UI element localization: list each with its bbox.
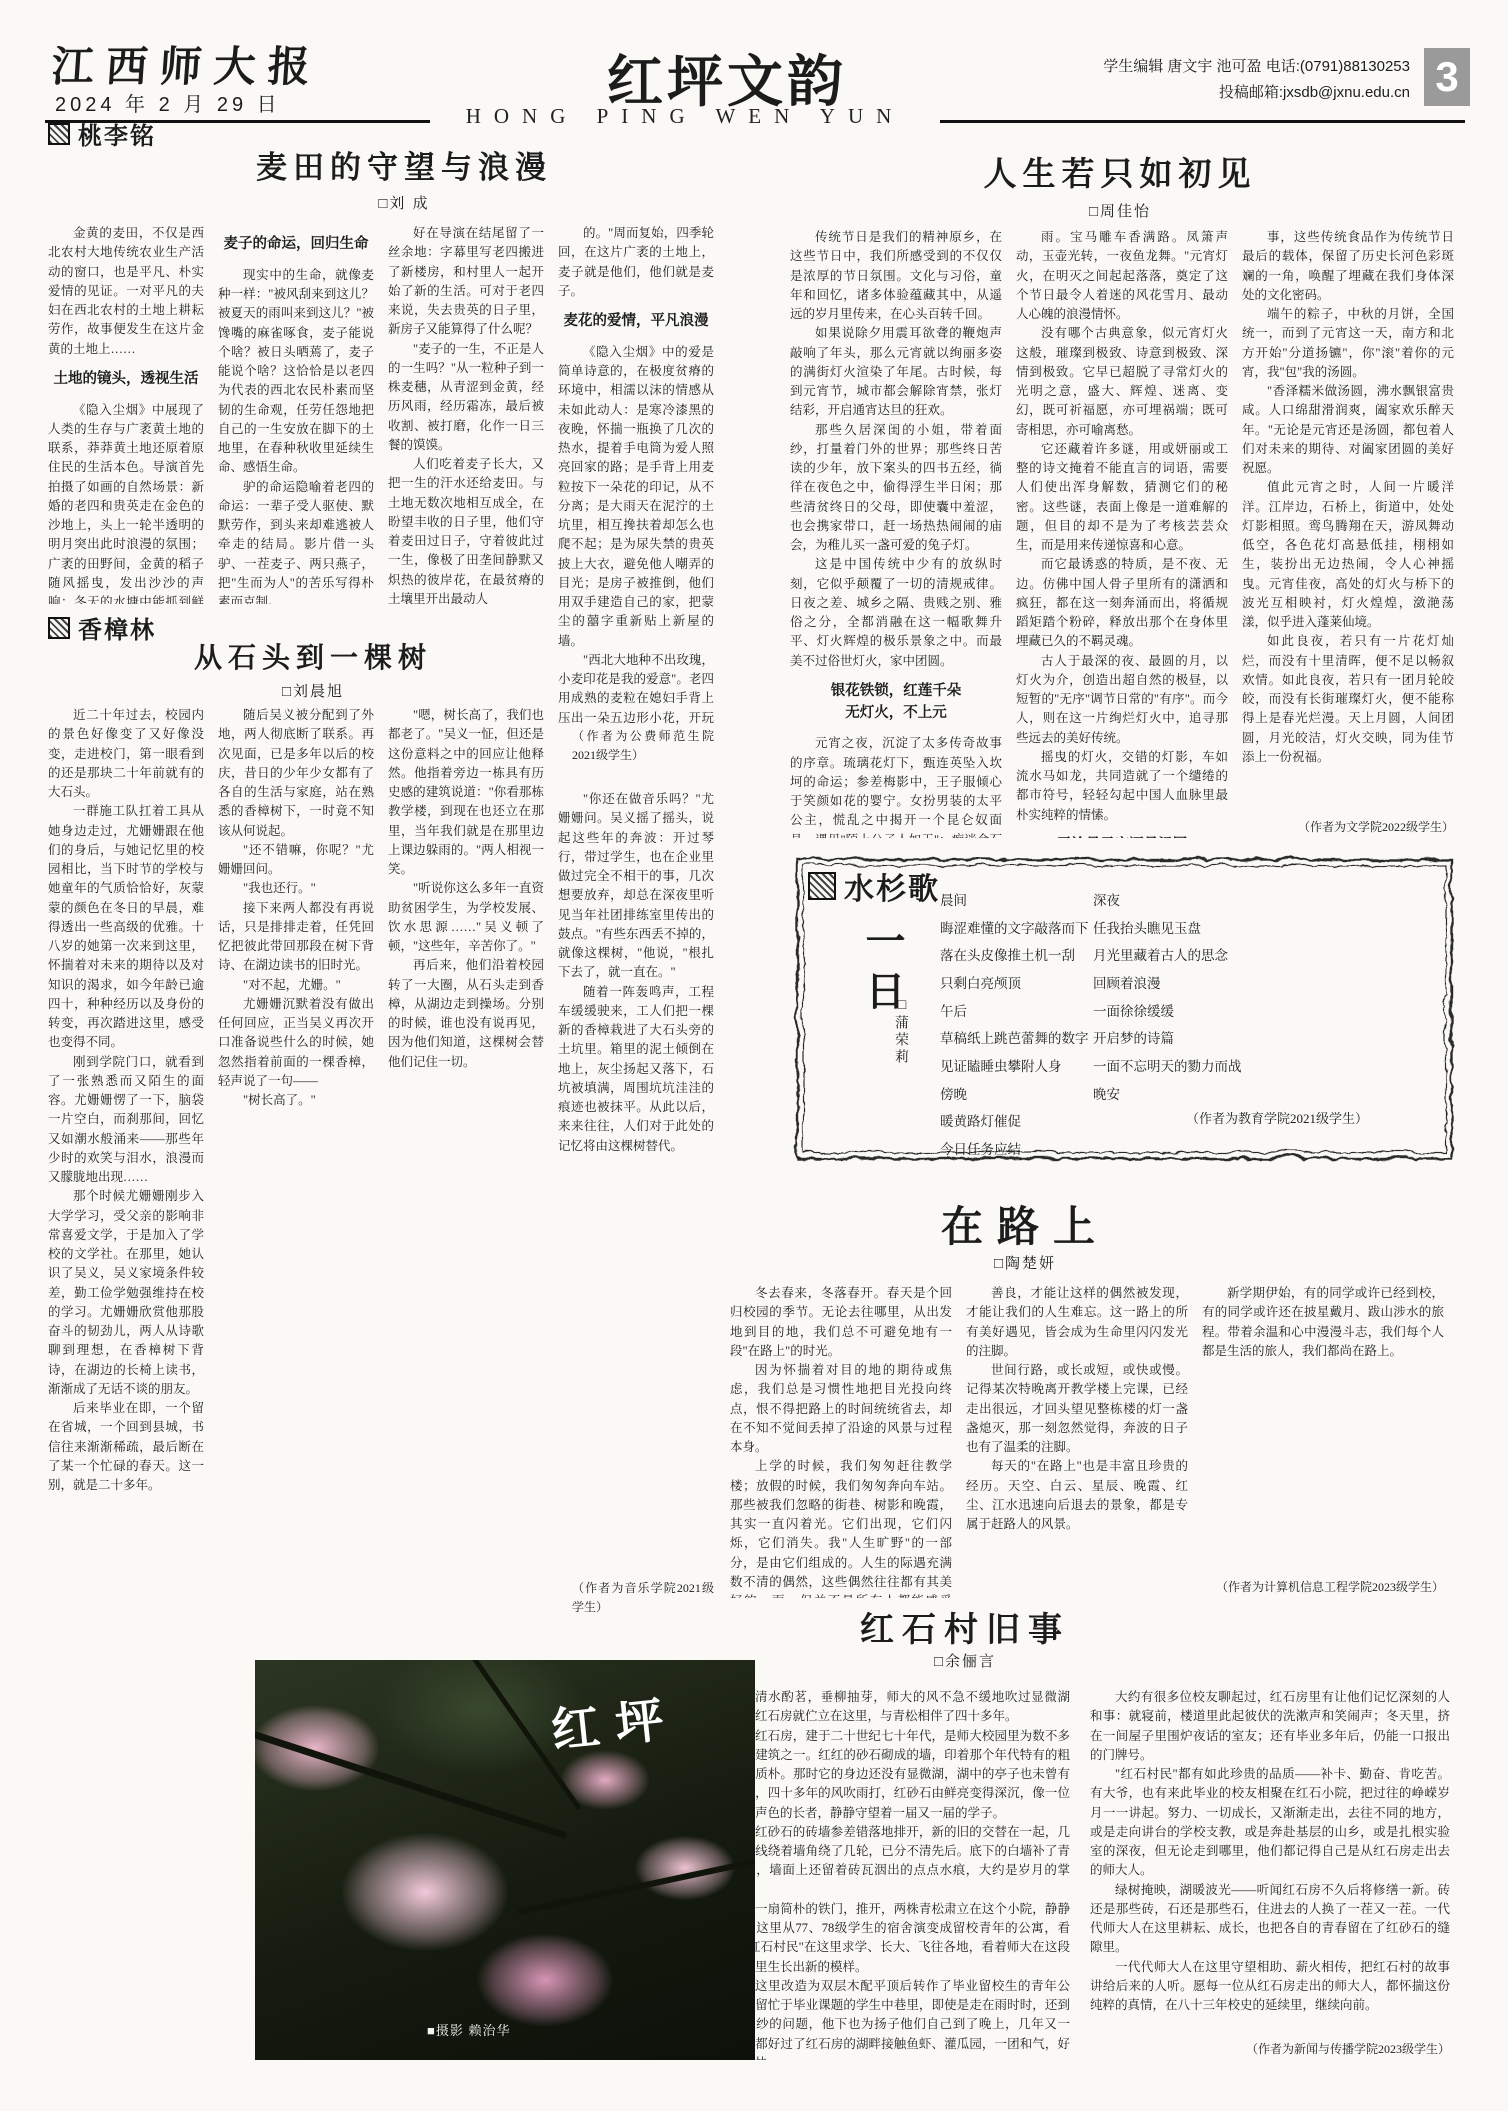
- column-subhead: 再后来，他们沿着校园转了一大圈，从石头走到香樟，从湖边走到操场。分别的时候，谁也…: [388, 956, 544, 1072]
- section-logo-pinyin: HONG PING WEN YUN: [430, 104, 940, 129]
- column-subhead: 《隐入尘烟》中展现了人类的生存与广袤黄土地的联系，莽莽黄土地还原着原住民的生活本…: [48, 401, 204, 605]
- author-byline: （作者为计算机信息工程学院2023级学生）: [1202, 1578, 1444, 1596]
- column-subhead: 月光里藏着古人的思念: [1093, 943, 1343, 971]
- paper-name: 江西师大报: [50, 34, 324, 94]
- column-subhead: 事，这些传统食品作为传统节日最后的载体，保留了历史长河色彩斑斓的一角，唤醒了埋藏…: [1242, 228, 1454, 305]
- column-subhead: 近二十年过去，校园内的景色好像变了又好像没变，走进校门，第一眼看到的还是那块二十…: [48, 706, 204, 802]
- column-subhead: 麦花的爱情，平凡浪漫: [558, 311, 714, 333]
- column-subhead: 无论是元宵还是汤圆 总都寓意团团圆圆: [1016, 835, 1228, 838]
- article-column: 善良，才能让这样的偶然被发现，才能让我们的人生难忘。这一路上的所有美好遇见，皆会…: [966, 1284, 1188, 1598]
- column-subhead: 端午的粽子，中秋的月饼，全国统一，而到了元宵这一天，南方和北方开始"分道扬镳"，…: [1242, 305, 1454, 382]
- column-subhead: 每天的"在路上"也是丰富且珍贵的经历。天空、白云、星辰、晚霞、红尘、江水迅速向后…: [966, 1457, 1188, 1534]
- article-column: 随后吴义被分配到了外地，两人彻底断了联系。再次见面，已是多年以后的校庆，昔日的少…: [218, 706, 374, 1646]
- poem-column-right: 深夜任我抬头瞧见玉盘月光里藏着古人的思念回顾着浪漫一面徐徐缓缓开启梦的诗篇一面不…: [1093, 888, 1343, 1109]
- column-subhead: 随着一阵轰鸣声，工程车缓缓驶来，工人们把一棵新的香樟栽进了大石头旁的土坑里。箱里…: [558, 983, 714, 1156]
- column-subhead: "嗯，树长高了，我们也都老了。"吴义一怔，但还是这份意料之中的回应让他释然。他指…: [388, 706, 544, 879]
- column-subhead: 红砂石的砖墙参差错落地排开，新的旧的交替在一起，几圈电线绕着墙角绕了几轮，已分不…: [730, 1823, 1070, 1900]
- column-subhead: 今日任务应结: [940, 1137, 1120, 1165]
- column-subhead: 的。"周而复始，四季轮回，在这片广袤的土地上，麦子就是他们，他们就是麦子。: [558, 224, 714, 301]
- photo-calligraphy: 红坪: [548, 1679, 683, 1761]
- article-column: 大约有很多位校友聊起过，红石房里有让他们记忆深刻的人和事：就寝前，楼道里此起彼伏…: [1090, 1688, 1450, 2060]
- column-subhead: 深夜: [1093, 888, 1343, 916]
- author-byline: （作者为音乐学院2021级学生）: [558, 1579, 714, 1616]
- column-subhead: 一扇简朴的铁门，推开，两株青松肃立在这个小院，静静看着这里从77、78级学生的宿…: [730, 1900, 1070, 1977]
- column-subhead: "你还在做音乐吗？"尤姗姗问。吴义摇了摇头，说起这些年的奔波：开过琴行，带过学生…: [558, 790, 714, 983]
- column-subhead: 金黄的麦田，不仅是西北农村大地传统农业生产活动的窗口，也是平凡、朴实爱情的见证。…: [48, 224, 204, 359]
- section-marker-shuishange: 水杉歌: [808, 864, 940, 908]
- article-author-congshitou: □刘晨旭: [48, 680, 578, 701]
- column-subhead: "麦子的一生，不正是人的一生吗？"从一粒种子到一株麦穗，从青涩到金黄，经历风雨，…: [388, 340, 544, 456]
- column-subhead: 土地的镜头，透视生活: [48, 369, 204, 391]
- paper-date: 2024 年 2 月 29 日: [55, 88, 281, 117]
- column-subhead: 那个时候尤姗姗刚步入大学学习，受父亲的影响非常喜爱文学，于是加入了学校的文学社。…: [48, 1187, 204, 1399]
- column-subhead: 接下来两人都没有再说话，只是排排走着，任凭回忆把彼此带回那段在树下背诗、在湖边读…: [218, 899, 374, 976]
- column-subhead: 晚安: [1093, 1082, 1343, 1110]
- article-column: 金黄的麦田，不仅是西北农村大地传统农业生产活动的窗口，也是平凡、朴实爱情的见证。…: [48, 224, 204, 604]
- article-column: 事，这些传统食品作为传统节日最后的载体，保留了历史长河色彩斑斓的一角，唤醒了埋藏…: [1242, 228, 1454, 838]
- column-subhead: "树长高了。": [218, 1091, 374, 1110]
- column-subhead: 现实中的生命，就像麦种一样："被风刮来到这儿？被夏天的雨叫来到这儿？"被馋嘴的麻…: [218, 266, 374, 478]
- article-author-hongshicun: □余俪言: [825, 1650, 1105, 1671]
- article-column: 传统节日是我们的精神原乡，在这些节日中，我们所感受到的不仅仅是浓厚的节日氛围。文…: [790, 228, 1002, 838]
- column-subhead: 元宵之夜，沉淀了太多传奇故事的序章。琉璃花灯下，甄连英坠入坎坷的命运；参差梅影中…: [790, 734, 1002, 838]
- column-subhead: 这是中国传统中少有的放纵时刻，它似乎颠覆了一切的清规戒律。日夜之差、城乡之隔、贵…: [790, 555, 1002, 671]
- column-subhead: 值此元宵之时，人间一片暖洋洋。江岸边，石桥上，街道中，处处灯影相照。鸾鸟腾翔在天…: [1242, 478, 1454, 632]
- column-subhead: 一面徐徐缓缓: [1093, 999, 1343, 1027]
- article-column: "嗯，树长高了，我们也都老了。"吴义一怔，但还是这份意料之中的回应让他释然。他指…: [388, 706, 544, 1646]
- article-column: 近二十年过去，校园内的景色好像变了又好像没变，走进校门，第一眼看到的还是那块二十…: [48, 706, 204, 2050]
- column-subhead: 上学的时候，我们匆匆赶往教学楼；放假的时候，我们匆匆奔向车站。那些被我们忽略的街…: [730, 1457, 952, 1598]
- column-subhead: "还不错嘛，你呢？"尤姗姗回问。: [218, 841, 374, 880]
- column-subhead: 新学期伊始，有的同学或许已经到校，有的同学或许还在披星戴月、跋山涉水的旅程。带着…: [1202, 1284, 1444, 1361]
- column-subhead: 绿树掩映，湖暖波光——听闻红石房不久后将修缮一新。砖还是那些砖，石还是那些石，住…: [1090, 1881, 1450, 1958]
- column-subhead: 开启梦的诗篇: [1093, 1026, 1343, 1054]
- column-subhead: 而它最诱惑的特质，是不夜、无边。仿佛中国人骨子里所有的潇洒和疯狂，都在这一刻奔涌…: [1016, 555, 1228, 651]
- editor-line: 学生编辑 唐文宇 池可盈 电话:(0791)88130253: [1020, 54, 1410, 80]
- column-subhead: 因为怀揣着对目的地的期待或焦虑，我们总是习惯性地把目光投向终点，恨不得把路上的时…: [730, 1361, 952, 1457]
- column-subhead: 回顾着浪漫: [1093, 971, 1343, 999]
- column-subhead: 如果说除夕用震耳欲聋的鞭炮声敲响了年头，那么元宵就以绚丽多姿的满街灯火渲染了年尾…: [790, 324, 1002, 420]
- column-subhead: 雨。宝马雕车香满路。凤箫声动，玉壶光转，一夜鱼龙舞。"元宵灯火，在明灭之间起起落…: [1016, 228, 1228, 324]
- column-subhead: 古人于最深的夜、最圆的月，以灯火为介，创造出超自然的极昼，以短暂的"无序"调节日…: [1016, 652, 1228, 748]
- poem-byline: （作者为教育学院2021级学生）: [1068, 1108, 1368, 1127]
- article-column: "你还在做音乐吗？"尤姗姗问。吴义摇了摇头，说起这些年的奔波：开过琴行，带过学生…: [558, 790, 714, 1618]
- article-column: 的。"周而复始，四季轮回，在这片广袤的土地上，麦子就是他们，他们就是麦子。麦花的…: [558, 224, 714, 766]
- article-title-rensheng: 人生若只如初见: [790, 148, 1450, 195]
- column-subhead: 一面不忘明天的勠力而战: [1093, 1054, 1343, 1082]
- column-subhead: 世间行路，或长或短，或快或慢。记得某次特晚离开教学楼上完课，已经走出很远，才回头…: [966, 1361, 1188, 1457]
- column-subhead: 银花铁锁，红莲千朵 无灯火，不上元: [790, 681, 1002, 725]
- section-label: 水杉歌: [844, 864, 940, 908]
- branch-shape: [255, 1728, 568, 1840]
- column-subhead: 摇曳的灯火，交错的灯影，车如流水马如龙，共同造就了一个缱绻的都市符号，轻轻勾起中…: [1016, 748, 1228, 825]
- column-subhead: 驴的命运隐喻着老四的命运：一辈子受人驱使、默默劳作，到头来却难逃被人牵走的结局。…: [218, 478, 374, 605]
- header-rule-right: [940, 120, 1465, 123]
- branch-shape: [517, 1851, 755, 1915]
- column-subhead: 尤姗姗沉默着没有做出任何回应，正当吴义再次开口准备说些什么的时候，她忽然指着前面…: [218, 995, 374, 1091]
- column-subhead: 如此良夜，若只有一片花灯灿烂，而没有十里清晖，便不足以畅叙欢情。如此良夜，若只有…: [1242, 632, 1454, 767]
- column-subhead: 一代代师大人在这里守望相助、薪火相传，把红石村的故事讲给后来的人听。愿每一位从红…: [1090, 1958, 1450, 2016]
- column-subhead: 传统节日是我们的精神原乡，在这些节日中，我们所感受到的不仅仅是浓厚的节日氛围。文…: [790, 228, 1002, 324]
- column-subhead: 大约有很多位校友聊起过，红石房里有让他们记忆深刻的人和事：就寝前，楼道里此起彼伏…: [1090, 1688, 1450, 1765]
- author-byline: （作者为文学院2022级学生）: [1284, 818, 1454, 836]
- column-subhead: "香泽糯米做汤圆，沸水飘银富贵咸。人口绵甜滑润爽，阖家欢乐醉天年。"无论是元宵还…: [1242, 382, 1454, 478]
- page-number-badge: 3: [1424, 48, 1470, 106]
- column-subhead: 红石房，建于二十世纪七十年代，是师大校园里为数不多的老建筑之一。红红的砂石砌成的…: [730, 1727, 1070, 1823]
- campus-blossom-photo: 红坪 ■摄影 赖治华: [255, 1660, 755, 2060]
- column-subhead: 清水酌茗，垂柳抽芽，师大的风不急不缓地吹过显微湖畔，红石房就伫立在这里，与青松相…: [730, 1688, 1070, 1727]
- author-byline: （作者为新闻与传播学院2023级学生）: [1232, 2040, 1450, 2058]
- article-author-zailushang: □陶楚妍: [900, 1252, 1150, 1273]
- article-column: 雨。宝马雕车香满路。凤箫声动，玉壶光转，一夜鱼龙舞。"元宵灯火，在明灭之间起起落…: [1016, 228, 1228, 838]
- article-title-zailushang: 在路上: [900, 1194, 1150, 1254]
- column-subhead: "听说你这么多年一直资助贫困学生，为学校发展、饮水思源……"吴义顿了顿，"这些年…: [388, 879, 544, 956]
- article-author-maitian: □刘 成: [48, 192, 760, 213]
- article-column: 好在导演在结尾留了一丝余地：字幕里写老四搬进了新楼房，和村里人一起开始了新的生活…: [388, 224, 544, 604]
- column-subhead: 一群施工队扛着工具从她身边走过，尤姗姗跟在他们的身后，与她记忆里的校园相比，当下…: [48, 802, 204, 1052]
- editor-info: 学生编辑 唐文宇 池可盈 电话:(0791)88130253 投稿邮箱:jxsd…: [1020, 54, 1410, 105]
- poem-box-shuishange: 水杉歌 一日 □蒲荣莉 晨间晦涩难懂的文字敲落而下落在头皮像推土机一刮只剩白亮颅…: [788, 850, 1458, 1165]
- article-title-maitian: 麦田的守望与浪漫: [48, 142, 760, 187]
- column-subhead: 麦子的命运，回归生命: [218, 234, 374, 256]
- poem-author: □蒲荣莉: [892, 996, 912, 1066]
- shuishange-section-icon: [808, 872, 836, 900]
- article-column: 清水酌茗，垂柳抽芽，师大的风不急不缓地吹过显微湖畔，红石房就伫立在这里，与青松相…: [730, 1688, 1070, 2060]
- column-subhead: "红石村民"都有如此珍贵的品质——补卡、勤奋、肯吃苦。有大爷，也有来此毕业的校友…: [1090, 1765, 1450, 1881]
- column-subhead: "对不起，尤姗。": [218, 976, 374, 995]
- photo-credit: ■摄影 赖治华: [427, 2020, 510, 2039]
- column-subhead: 没有哪个古典意象，似元宵灯火这般，璀璨到极致、诗意到极致、深情到极致。它早已超脱…: [1016, 324, 1228, 440]
- column-subhead: "我也还行。": [218, 879, 374, 898]
- author-byline: （作者为公费师范生院2021级学生）: [558, 727, 714, 764]
- column-subhead: 任我抬头瞧见玉盘: [1093, 916, 1343, 944]
- column-subhead: 刚到学院门口，就看到了一张熟悉而又陌生的面容。尤姗姗愣了一下，脑袋一片空白，而刹…: [48, 1053, 204, 1188]
- email-line: 投稿邮箱:jxsdb@jxnu.edu.cn: [1020, 80, 1410, 106]
- column-subhead: 它还藏着许多谜，用或妍丽或工整的诗文掩着不能直言的词语，需要人们使出浑身解数，猜…: [1016, 440, 1228, 556]
- column-subhead: 冬去春来，冬落春开。春天是个回归校园的季节。无论去往哪里，从出发地到目的地，我们…: [730, 1284, 952, 1361]
- column-subhead: 那些久居深闺的小姐，带着面纱，打量着门外的世界；那些终日苦读的少年，放下案头的四…: [790, 421, 1002, 556]
- column-subhead: 这里改造为双层木配平顶后转作了毕业留校生的青年公寓，留忙于毕业课题的学生中巷里，…: [730, 1977, 1070, 2060]
- column-subhead: 好在导演在结尾留了一丝余地：字幕里写老四搬进了新楼房，和村里人一起开始了新的生活…: [388, 224, 544, 340]
- article-title-congshitou: 从石头到一棵树: [48, 636, 578, 676]
- article-column: 麦子的命运，回归生命现实中的生命，就像麦种一样："被风刮来到这儿？被夏天的雨叫来…: [218, 224, 374, 604]
- article-column: 新学期伊始，有的同学或许已经到校，有的同学或许还在披星戴月、跋山涉水的旅程。带着…: [1202, 1284, 1444, 1598]
- column-subhead: 《隐入尘烟》中的爱是简单诗意的，在极度贫瘠的环境中，相濡以沫的情感从未如此动人：…: [558, 343, 714, 651]
- article-title-hongshicun: 红石村旧事: [825, 1602, 1105, 1651]
- column-subhead: 后来毕业在即，一个留在省城，一个回到县城，书信往来渐渐稀疏，最后断在了某一个忙碌…: [48, 1399, 204, 1495]
- article-column: 冬去春来，冬落春开。春天是个回归校园的季节。无论去往哪里，从出发地到目的地，我们…: [730, 1284, 952, 1598]
- column-subhead: 善良，才能让这样的偶然被发现，才能让我们的人生难忘。这一路上的所有美好遇见，皆会…: [966, 1284, 1188, 1361]
- column-subhead: 随后吴义被分配到了外地，两人彻底断了联系。再次见面，已是多年以后的校庆，昔日的少…: [218, 706, 374, 841]
- article-author-rensheng: □周佳怡: [790, 200, 1450, 221]
- column-subhead: 人们吃着麦子长大，又把一生的汗水还给麦田。与土地无数次地相互成全，在盼望丰收的日…: [388, 455, 544, 604]
- newspaper-page: { "header": { "paper_name": "江西师大报", "da…: [0, 0, 1508, 2111]
